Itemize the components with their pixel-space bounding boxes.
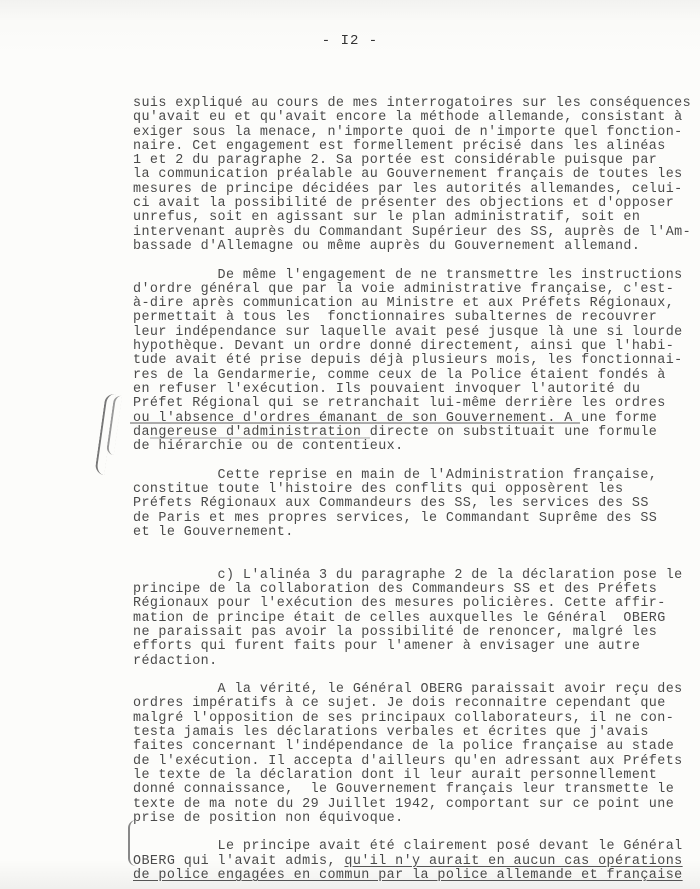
underlined-text: qu'il n'y aurait en aucun cas opérations [344, 854, 682, 869]
paragraph-spacer [133, 826, 693, 840]
text-line: ci avait la possibilité de présenter des… [133, 197, 693, 211]
paragraph-3: Cette reprise en main de l'Administratio… [133, 469, 693, 540]
text-line: intervenant auprès du Commandant Supérie… [133, 226, 693, 240]
document-body: suis expliqué au cours de mes interrogat… [133, 97, 693, 883]
text-line: bassade d'Allemagne ou même auprès du Go… [133, 240, 693, 254]
paragraph-2: De même l'engagement de ne transmettre l… [133, 269, 693, 455]
paragraph-4: c) L'alinéa 3 du paragraphe 2 de la décl… [133, 569, 693, 669]
text-line: dangereuse d'administration directe on s… [133, 426, 693, 440]
text-line: Préfets Régionaux aux Commandeurs des SS… [133, 497, 693, 511]
text-line: malgré l'opposition de ses principaux co… [133, 712, 693, 726]
text-line: principe de la collaboration des Command… [133, 583, 693, 597]
text-line: permettait à tous les fonctionnaires sub… [133, 311, 693, 325]
text-line: de Paris et mes propres services, le Com… [133, 512, 693, 526]
paragraph-spacer [133, 555, 693, 569]
paragraph-5: A la vérité, le Général OBERG paraissait… [133, 683, 693, 826]
text-line: qu'avait eu et qu'avait encore la méthod… [133, 111, 693, 125]
text-line: A la vérité, le Général OBERG paraissait… [133, 683, 693, 697]
text-line: ordres impératifs à ce sujet. Je dois re… [133, 697, 693, 711]
text-line: 1 et 2 du paragraphe 2. Sa portée est co… [133, 154, 693, 168]
text-line: prise de position non équivoque. [133, 812, 693, 826]
text-line: mesures de principe décidées par les aut… [133, 183, 693, 197]
text-line: et le Gouvernement. [133, 526, 693, 540]
text-line: Préfet Régional qui se retranchait lui-m… [133, 397, 693, 411]
text-line: de l'exécution. Il accepta d'ailleurs qu… [133, 755, 693, 769]
text-line: testa jamais les déclarations verbales e… [133, 726, 693, 740]
underlined-text-line: de police engagées en commun par la poli… [133, 869, 693, 883]
page-number: - I2 - [0, 33, 700, 49]
text-line: c) L'alinéa 3 du paragraphe 2 de la décl… [133, 569, 693, 583]
text-line: texte de ma note du 29 Juillet 1942, com… [133, 798, 693, 812]
text-line: unrefus, soit en agissant sur le plan ad… [133, 211, 693, 225]
paragraph-spacer [133, 454, 693, 468]
text-line: à-dire après communication au Ministre e… [133, 297, 693, 311]
text-line: la communication préalable au Gouverneme… [133, 168, 693, 182]
text-segment: OBERG qui l'avait admis, [133, 854, 344, 869]
text-line: leur indépendance sur laquelle avait pes… [133, 326, 693, 340]
text-line: constitue toute l'histoire des conflits … [133, 483, 693, 497]
text-line: efforts qui furent faits pour l'amener à… [133, 640, 693, 654]
text-line: OBERG qui l'avait admis, qu'il n'y aurai… [133, 855, 693, 869]
paragraph-spacer [133, 254, 693, 268]
text-line: naire. Cet engagement est formellement p… [133, 140, 693, 154]
text-line: Cette reprise en main de l'Administratio… [133, 469, 693, 483]
text-line: De même l'engagement de ne transmettre l… [133, 269, 693, 283]
text-line: donné connaissance, le Gouvernement fran… [133, 783, 693, 797]
text-line: exiger sous la menace, n'importe quoi de… [133, 126, 693, 140]
document-page: - I2 - suis expliqué au cours de mes int… [0, 0, 700, 889]
text-line: de hiérarchie ou de contentieux. [133, 440, 693, 454]
text-line: Le principe avait été clairement posé de… [133, 840, 693, 854]
text-line: tude avait été prise depuis déjà plusieu… [133, 354, 693, 368]
text-line: en refuser l'exécution. Ils pouvaient in… [133, 383, 693, 397]
paragraph-spacer [133, 669, 693, 683]
text-line: mation de principe était de celles auxqu… [133, 612, 693, 626]
paragraph-spacer [133, 540, 693, 554]
text-line: le texte de la déclaration dont il leur … [133, 769, 693, 783]
text-line: res de la Gendarmerie, comme ceux de la … [133, 369, 693, 383]
text-line: rédaction. [133, 655, 693, 669]
text-line: faites concernant l'indépendance de la p… [133, 740, 693, 754]
text-line: suis expliqué au cours de mes interrogat… [133, 97, 693, 111]
text-line: ne paraissait pas avoir la possibilité d… [133, 626, 693, 640]
paragraph-1: suis expliqué au cours de mes interrogat… [133, 97, 693, 254]
text-line: hypothèque. Devant un ordre donné direct… [133, 340, 693, 354]
text-line: Régionaux pour l'exécution des mesures p… [133, 597, 693, 611]
text-line: d'ordre général que par la voie administ… [133, 283, 693, 297]
paragraph-6: Le principe avait été clairement posé de… [133, 840, 693, 883]
text-line: ou l'absence d'ordres émanant de son Gou… [133, 412, 693, 426]
